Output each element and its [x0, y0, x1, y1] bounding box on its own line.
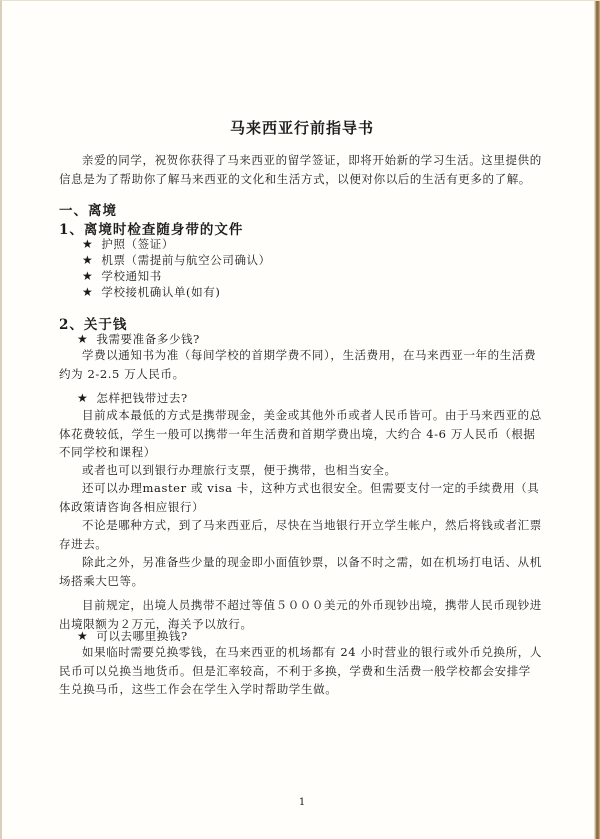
paragraph-cash: 目前成本最低的方式是携带现金，美金或其他外币或者人民币皆可。由于马来西亚的总体花… [59, 406, 542, 462]
page-number: 1 [2, 797, 600, 808]
star-icon: ★ [82, 253, 93, 267]
list-item: ★学校通知书 [82, 268, 162, 284]
star-icon: ★ [77, 332, 88, 346]
paragraph-card: 还可以办理master 或 visa 卡，这种方式也很安全。但需要支付一定的手续… [59, 479, 542, 516]
subsection-heading-documents: 1、离境时检查随身带的文件 [59, 218, 243, 238]
paragraph-travel-cheque: 或者也可以到银行办理旅行支票，便于携带，也相当安全。 [59, 461, 542, 480]
star-icon: ★ [77, 391, 88, 405]
question-exchange: ★可以去哪里换钱? [77, 628, 188, 644]
star-icon: ★ [82, 269, 93, 283]
star-icon: ★ [82, 285, 93, 299]
list-item: ★机票（需提前与航空公司确认） [82, 252, 271, 268]
question-how-much: ★我需要准备多少钱? [77, 331, 200, 347]
answer-how-much: 学费以通知书为准（每间学校的首期学费不同），生活费用，在马来西亚一年的生活费约为… [59, 346, 542, 383]
list-item: ★学校接机确认单(如有) [82, 284, 220, 300]
document-title: 马来西亚行前指导书 [2, 117, 600, 138]
star-icon: ★ [82, 237, 93, 251]
section-heading-departure: 一、离境 [59, 199, 117, 219]
subsection-heading-money: 2、关于钱 [59, 313, 127, 333]
list-item: ★护照（签证） [82, 236, 174, 252]
answer-exchange: 如果临时需要兑换零钱，在马来西亚的机场都有 24 小时营业的银行或外币兑换所，人… [59, 643, 542, 699]
paragraph-small-cash: 除此之外，另准备些少量的现金即小面值钞票，以备不时之需，如在机场打电话、从机场搭… [59, 553, 542, 590]
paragraph-bank-account: 不论是哪种方式，到了马来西亚后，尽快在当地银行开立学生帐户，然后将钱或者汇票存进… [59, 516, 542, 553]
document-page: 马来西亚行前指导书 亲爱的同学，祝贺你获得了马来西亚的留学签证，即将开始新的学习… [0, 0, 600, 839]
star-icon: ★ [77, 629, 88, 643]
intro-paragraph: 亲爱的同学，祝贺你获得了马来西亚的留学签证，即将开始新的学习生活。这里提供的信息… [59, 151, 542, 188]
question-how-to-bring: ★怎样把钱带过去? [77, 390, 188, 406]
